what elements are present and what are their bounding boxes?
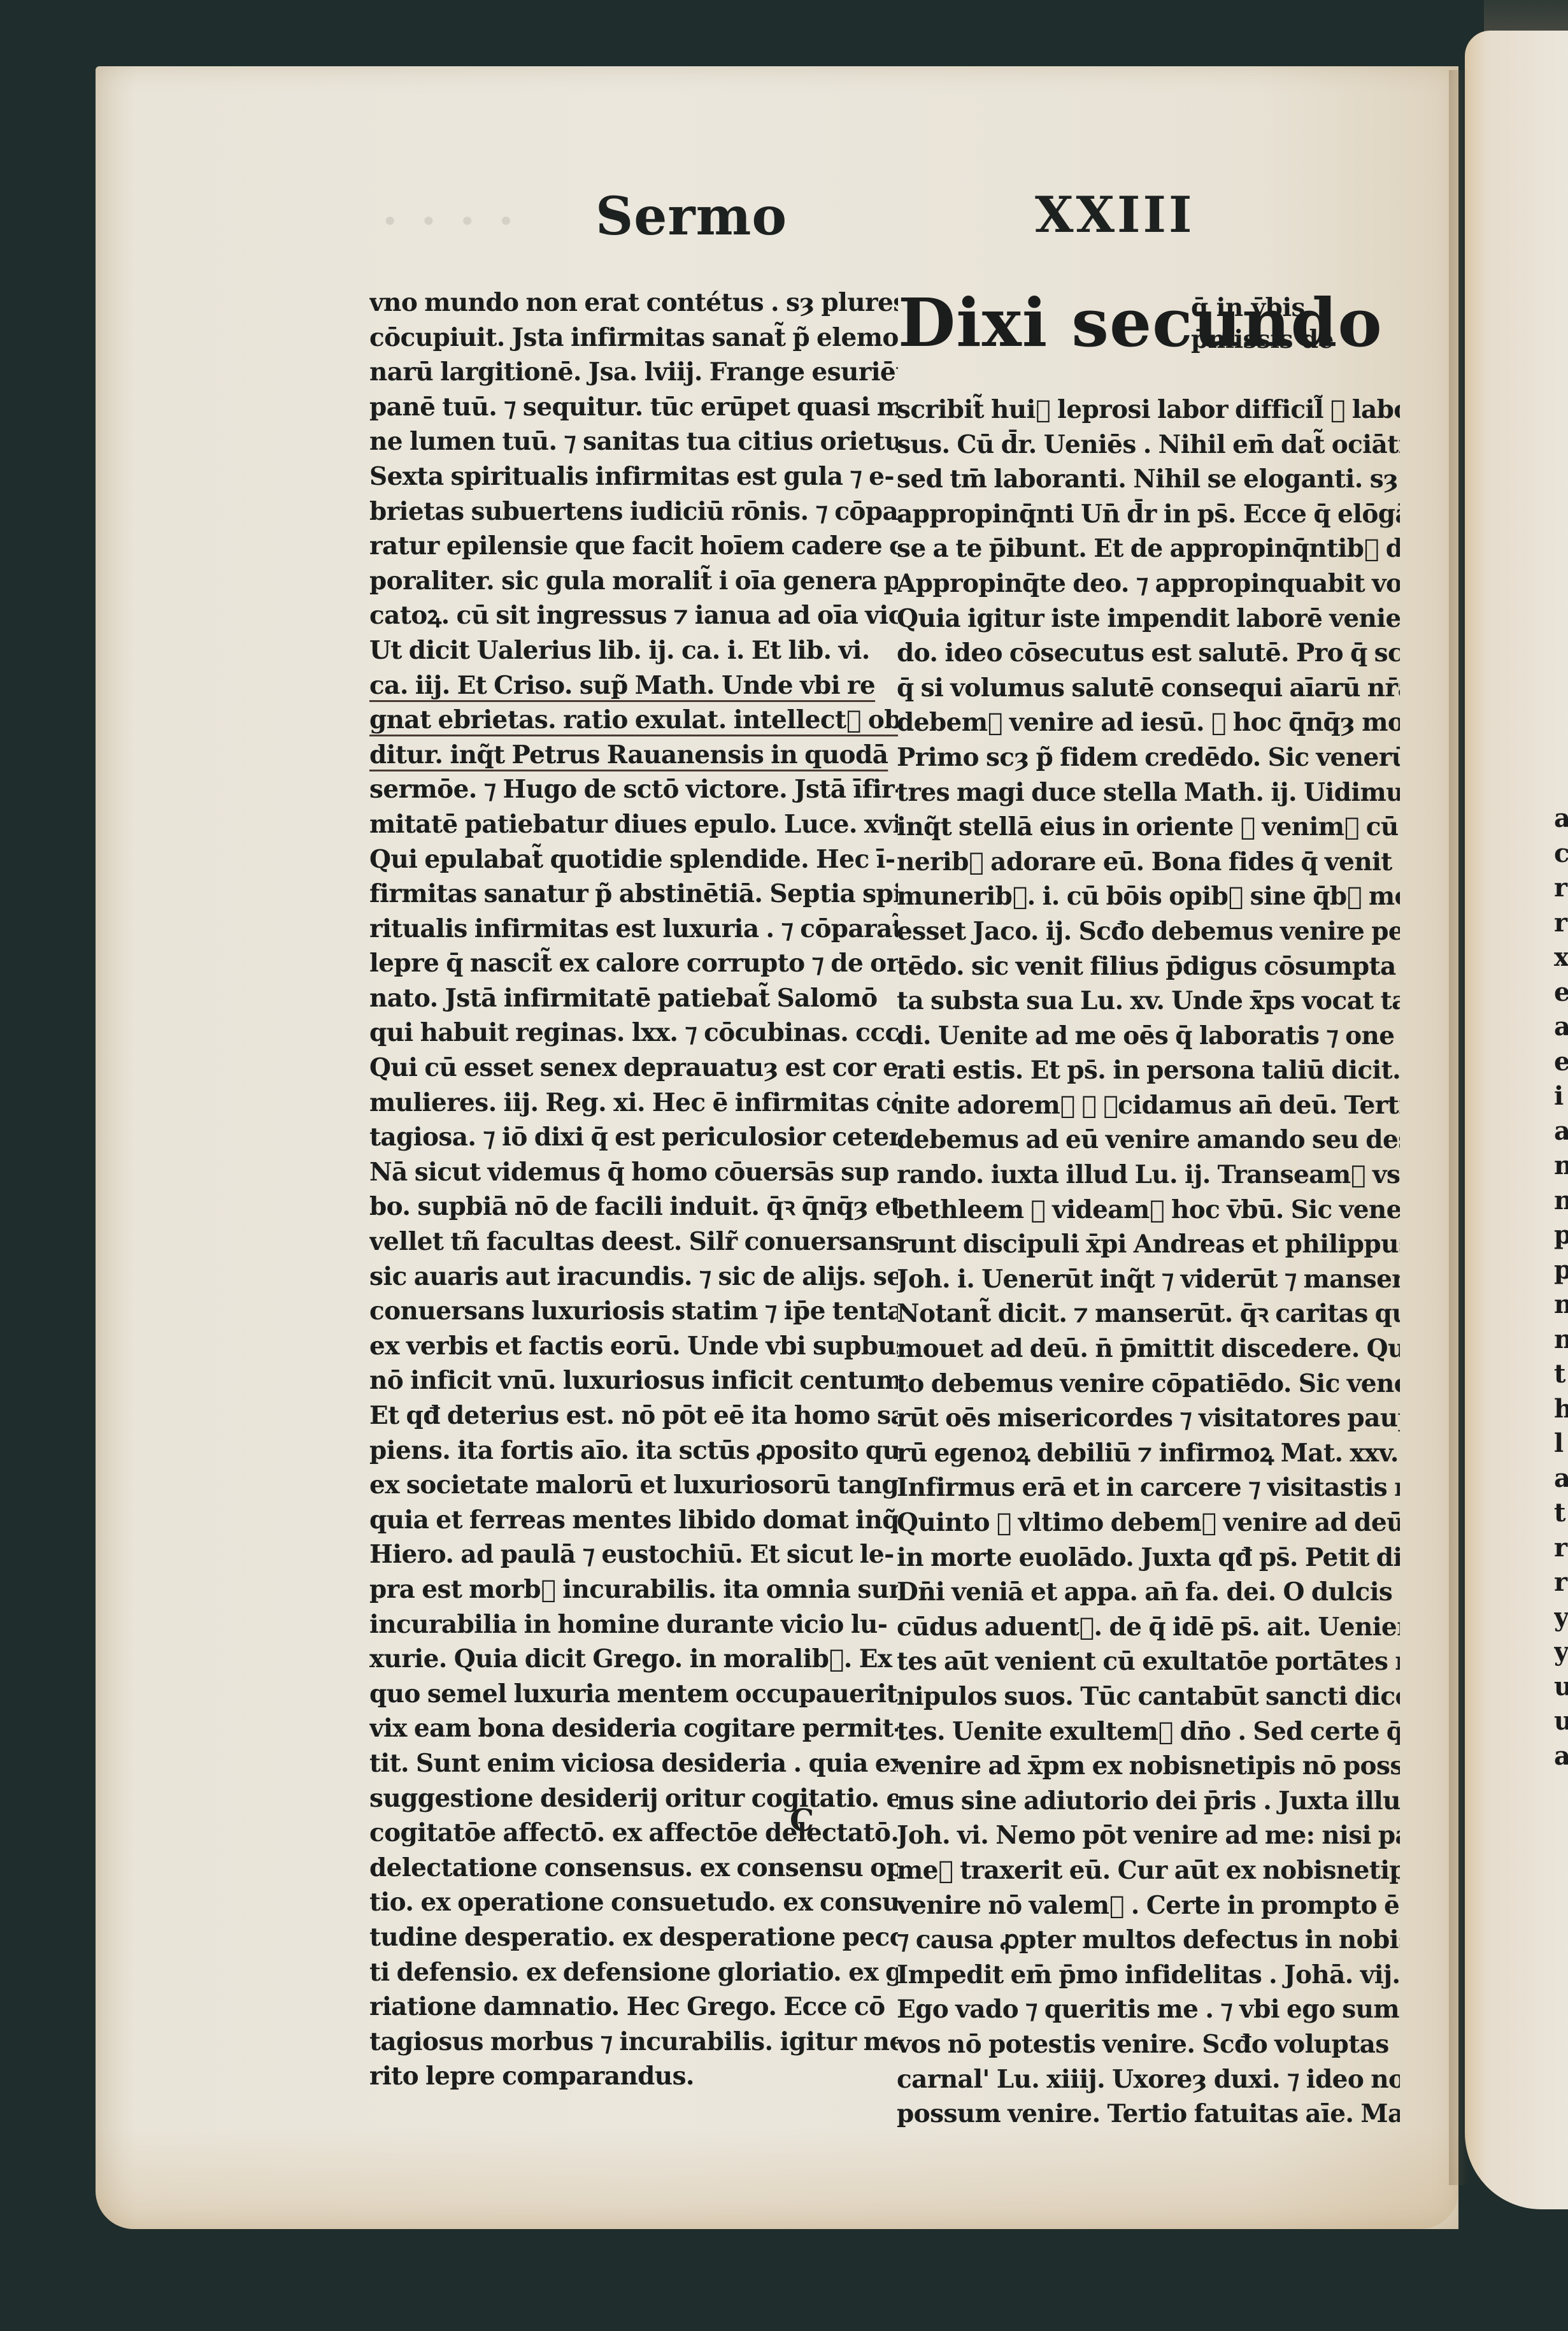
facing-page-edge: acrrxeaeiannppnnthlatrryyuua: [1465, 31, 1568, 2209]
text-line: cogitatōe affectō. ex affectōe delectatō…: [369, 1816, 898, 1851]
facing-page-text-fragments: acrrxeaeiannppnnthlatrryyuua: [1554, 801, 1568, 1774]
facing-page-fragment: a: [1554, 1114, 1568, 1149]
text-line: incurabilia in homine durante vicio lu-: [369, 1607, 898, 1642]
text-line: vno mundo non erat contétus . sȝ plures: [369, 285, 898, 320]
facing-page-fragment: h: [1554, 1392, 1568, 1427]
facing-page-fragment: p: [1554, 1253, 1568, 1288]
text-line: tres magi duce stella Math. ij. Uidimus: [897, 775, 1400, 810]
text-line: rito lepre comparandus.: [369, 2059, 898, 2094]
running-head-folio-number: XXIII: [1035, 186, 1195, 244]
text-line: suggestione desiderij oritur cogitatio. …: [369, 1781, 898, 1816]
text-line: Infirmus erā et in carcere ⁊ visitastis …: [897, 1470, 1400, 1505]
text-line: Dn̄i veniā et appa. an̄ fa. dei. O dulci…: [897, 1575, 1400, 1610]
text-line: catoꝝ. cū sit ingressus ⁊ ianua ad oīa v…: [369, 598, 898, 633]
text-line: poraliter. sic gula moralit̃ i oīa gener…: [369, 564, 898, 599]
facing-page-fragment: e: [1554, 975, 1568, 1010]
text-line: Primo scȝ p̃ fidem credēdo. Sic venerūt: [897, 740, 1400, 775]
text-line: mus sine adiutorio dei p̄ris . Juxta ill…: [897, 1784, 1400, 1819]
text-line: scribit̃ hui᷒ leprosi labor difficil̃ ⁊ …: [897, 392, 1400, 427]
facing-page-fragment: n: [1554, 1323, 1568, 1358]
text-line: Qui cū esset senex deprauatuȝ est cor ei…: [369, 1051, 898, 1086]
text-line: ex societate malorū et luxuriosorū tanga…: [369, 1468, 898, 1503]
text-line: ta substa sua Lu. xv. Unde x̄ps vocat ta…: [897, 984, 1400, 1019]
text-line: carnal' Lu. xiiij. Uxoreȝ duxi. ⁊ ideo n…: [897, 2062, 1400, 2097]
text-line: sus. Cū d̄r. Ueniēs . Nihil em̄ dat̃ oci…: [897, 427, 1400, 463]
text-line: conuersans luxuriosis statim ⁊ ip̄e tent…: [369, 1294, 898, 1329]
text-line: tagiosus morbus ⁊ incurabilis. igitur me: [369, 2025, 898, 2060]
incipit-continuation: q̄ in v̄bis p̄missis de: [1191, 292, 1334, 355]
facing-page-fragment: a: [1554, 801, 1568, 836]
text-line: xurie. Quia dicit Grego. in moralib᷒. Ex: [369, 1642, 898, 1677]
text-line: nipulos suos. Tūc cantabūt sancti dicen: [897, 1679, 1400, 1714]
facing-page-fragment: l: [1554, 1426, 1568, 1461]
facing-page-fragment: t: [1554, 1496, 1568, 1531]
text-line: qui habuit reginas. lxx. ⁊ cōcubinas. cc…: [369, 1015, 898, 1051]
text-line: venire nō valem᷒ . Certe in prompto ē rō: [897, 1888, 1400, 1923]
text-line: cūdus aduent᷒. de q̄ idē ps̄. ait. Uenie…: [897, 1610, 1400, 1645]
text-line: nō inficit vnū. luxuriosus inficit centu…: [369, 1363, 898, 1398]
text-line: Joh. i. Uenerūt inq̃t ⁊ viderūt ⁊ manser…: [897, 1262, 1400, 1297]
facing-page-fragment: u: [1554, 1704, 1568, 1739]
text-line: bo. supbiā nō de facili induit. q̄ꝛ q̄nq…: [369, 1189, 898, 1224]
text-line: brietas subuertens iudiciū rōnis. ⁊ cōpa…: [369, 494, 898, 529]
text-line: firmitas sanatur p̃ abstinētiā. Septia s…: [369, 877, 898, 912]
text-line: nite adorem᷒ ⁊ ꝓcidamus an̄ deū. Tertio: [897, 1088, 1400, 1123]
text-line: possum venire. Tertio fatuitas aīe. Mat-: [897, 2097, 1400, 2132]
text-line: tudine desperatio. ex desperatione pecca…: [369, 1920, 898, 1955]
facing-page-fragment: r: [1554, 871, 1568, 906]
text-line: quo semel luxuria mentem occupauerit.: [369, 1677, 898, 1712]
facing-page-fragment: r: [1554, 1565, 1568, 1600]
facing-page-fragment: x: [1554, 940, 1568, 975]
text-line: Quia igitur iste impendit laborē venien-: [897, 601, 1400, 636]
text-line: do. ideo cōsecutus est salutē. Pro q̄ sc…: [897, 636, 1400, 671]
text-line: mitatē patiebatur diues epulo. Luce. xvi…: [369, 807, 898, 842]
facing-page-fragment: a: [1554, 1461, 1568, 1496]
text-line: appropinq̄nti Un̄ d̄r in ps̄. Ecce q̄ el…: [897, 497, 1400, 532]
text-line: piens. ita fortis aīo. ita sctūs ꝓposito…: [369, 1433, 898, 1468]
text-line: rū egenoꝝ debiliū ⁊ infirmoꝝ Mat. xxv.: [897, 1436, 1400, 1471]
text-line: nerib᷒ adorare eū. Bona fides q̄ venit c…: [897, 845, 1400, 880]
text-line: tit. Sunt enim viciosa desideria . quia …: [369, 1746, 898, 1781]
facing-page-fragment: i: [1554, 1079, 1568, 1114]
gutter-shadow: [1449, 70, 1468, 2185]
text-line: se a te p̄ibunt. Et de appropinq̄ntib᷒ d…: [897, 531, 1400, 566]
text-line: Nā sicut videmus q̄ homo cōuersās sup: [369, 1155, 898, 1190]
text-line: ti defensio. ex defensione gloriatio. ex…: [369, 1955, 898, 1990]
running-head-title: Sermo: [595, 186, 787, 247]
facing-page-fragment: y: [1554, 1635, 1568, 1670]
text-line: ditur. inq̃t Petrus Rauanensis in quodā: [369, 738, 898, 773]
text-line: mulieres. iij. Reg. xi. Hec ē infirmitas…: [369, 1086, 898, 1121]
text-line: riatione damnatio. Hec Grego. Ecce cō: [369, 1990, 898, 2025]
text-line: lepre q̄ nascit̃ ex calore corrupto ⁊ de…: [369, 946, 898, 981]
facing-page-fragment: y: [1554, 1600, 1568, 1635]
facing-page-fragment: e: [1554, 1045, 1568, 1080]
text-line: sed tm̄ laboranti. Nihil se eloganti. sȝ…: [897, 462, 1400, 497]
text-line: Appropinq̄te deo. ⁊ appropinquabit vob: [897, 566, 1400, 601]
text-line: quia et ferreas mentes libido domat inq̃…: [369, 1503, 898, 1538]
text-line: pra est morb᷒ incurabilis. ita omnia sun…: [369, 1572, 898, 1607]
text-line: rando. iuxta illud Lu. ij. Transeam᷒ vsq…: [897, 1158, 1400, 1193]
text-line: sermōe. ⁊ Hugo de sctō victore. Jstā īfi…: [369, 772, 898, 807]
text-line: narū largitionē. Jsa. lviij. Frange esur…: [369, 355, 898, 390]
facing-page-fragment: p: [1554, 1218, 1568, 1253]
text-line: delectatione consensus. ex consensu oper…: [369, 1851, 898, 1886]
text-line: debemus ad eū venire amando seu deside: [897, 1122, 1400, 1158]
text-line: venire ad x̄pm ex nobisnetipis nō possu-: [897, 1749, 1400, 1784]
text-line: gnat ebrietas. ratio exulat. intellect᷒ …: [369, 703, 898, 738]
text-line: sic auaris aut iracundis. ⁊ sic de alijs…: [369, 1259, 898, 1295]
text-line: rūt oēs misericordes ⁊ visitatores paupe: [897, 1401, 1400, 1436]
text-line: ne lumen tuū. ⁊ sanitas tua citius oriet…: [369, 424, 898, 459]
left-text-column: vno mundo non erat contétus . sȝ pluresc…: [369, 285, 898, 2094]
text-line: panē tuū. ⁊ sequitur. tūc erūpet quasi m…: [369, 390, 898, 425]
text-line: vix eam bona desideria cogitare permit-: [369, 1711, 898, 1746]
text-line: mouet ad deū. n̄ p̄mittit discedere. Qua…: [897, 1331, 1400, 1366]
facing-page-fragment: c: [1554, 836, 1568, 871]
text-line: Ut dicit Ualerius lib. ij. ca. i. Et lib…: [369, 633, 898, 668]
text-line: ratur epilensie que facit hoīem cadere c…: [369, 529, 898, 564]
text-line: inq̃t stellā eius in oriente ⁊ venim᷒ cū…: [897, 810, 1400, 845]
text-line: Impedit em̄ p̄mo infidelitas . Johā. vij…: [897, 1958, 1400, 1993]
facing-page-fragment: n: [1554, 1149, 1568, 1184]
text-line: in morte euolādo. Juxta qđ ps̄. Petit di…: [897, 1540, 1400, 1575]
text-line: tes. Uenite exultem᷒ dn̄o . Sed certe q̄…: [897, 1714, 1400, 1749]
facing-page-fragment: n: [1554, 1287, 1568, 1323]
text-line: bethleem ⁊ videam᷒ hoc v̄bū. Sic vene-: [897, 1193, 1400, 1228]
text-line: munerib᷒. i. cū bōis opib᷒ sine q̄b᷒ mor…: [897, 879, 1400, 914]
text-line: Sexta spiritualis infirmitas est gula ⁊ …: [369, 459, 898, 494]
facing-page-fragment: a: [1554, 1739, 1568, 1774]
text-line: Et qđ deterius est. nō pōt eē ita homo s…: [369, 1398, 898, 1433]
catchword: C: [790, 1803, 814, 1839]
facing-page-fragment: a: [1554, 1010, 1568, 1045]
right-text-column: scribit̃ hui᷒ leprosi labor difficil̃ ⁊ …: [897, 392, 1400, 2132]
text-line: Notant̃ dicit. ⁊ manserūt. q̄ꝛ caritas q…: [897, 1296, 1400, 1331]
text-line: Qui epulabat̃ quotidie splendide. Hec ī-: [369, 842, 898, 877]
text-line: Quinto ⁊ vltimo debem᷒ venire ad deū: [897, 1505, 1400, 1540]
facing-page-fragment: u: [1554, 1670, 1568, 1705]
text-line: rati estis. Et ps̄. in persona taliū dic…: [897, 1053, 1400, 1088]
text-line: vellet tñ facultas deest. Silr̃ conuersa…: [369, 1224, 898, 1259]
incipit-continuation-line: p̄missis de: [1191, 324, 1334, 355]
text-line: tēdo. sic venit filius p̄digus cōsumpta …: [897, 949, 1400, 984]
facing-page-fragment: r: [1554, 1531, 1568, 1566]
text-line: nato. Jstā infirmitatē patiebat̃ Salomō: [369, 981, 898, 1016]
text-line: Joh. vi. Nemo pōt venire ad me: nisi pat: [897, 1818, 1400, 1853]
text-line: vos nō potestis venire. Scđo voluptas: [897, 2027, 1400, 2062]
text-line: tio. ex operatione consuetudo. ex consue…: [369, 1885, 898, 1920]
facing-page-fragment: r: [1554, 906, 1568, 941]
text-line: tes aūt venient cū exultatōe portātes ma: [897, 1644, 1400, 1679]
text-line: debem᷒ venire ad iesū. ⁊ hoc q̄nq̄ȝ modi…: [897, 705, 1400, 740]
text-line: cōcupiuit. Jsta infirmitas sanat̃ p̃ ele…: [369, 320, 898, 355]
text-line: Ego vado ⁊ queritis me . ⁊ vbi ego sum: [897, 1992, 1400, 2027]
text-line: runt discipuli x̄pi Andreas et philippus…: [897, 1227, 1400, 1262]
facing-page-fragment: n: [1554, 1184, 1568, 1219]
text-line: me᷒ traxerit eū. Cur aūt ex nobisnetipis: [897, 1853, 1400, 1888]
incipit-continuation-line: q̄ in v̄bis: [1191, 292, 1334, 324]
text-line: Hiero. ad paulā ⁊ eustochiū. Et sicut le…: [369, 1537, 898, 1572]
text-line: to debemus venire cōpatiēdo. Sic vene: [897, 1366, 1400, 1402]
facing-page-fragment: t: [1554, 1357, 1568, 1392]
text-line: q̄ si volumus salutē consequi aīarū nr̄a…: [897, 671, 1400, 706]
text-line: ex verbis et factis eorū. Unde vbi supbu…: [369, 1329, 898, 1364]
show-through-text: · · · ·: [382, 194, 518, 247]
text-line: di. Uenite ad me oēs q̄ laboratis ⁊ one: [897, 1019, 1400, 1054]
text-line: ⁊ causa ꝓpter multos defectus in nobis.: [897, 1923, 1400, 1958]
text-line: ritualis infirmitas est luxuria . ⁊ cōpa…: [369, 912, 898, 947]
text-line: ca. iij. Et Criso. sup̃ Math. Unde vbi r…: [369, 668, 898, 703]
text-line: tagiosa. ⁊ iō dixi q̄ est periculosior c…: [369, 1120, 898, 1155]
text-line: esset Jaco. ij. Scđo debemus venire peni: [897, 914, 1400, 949]
